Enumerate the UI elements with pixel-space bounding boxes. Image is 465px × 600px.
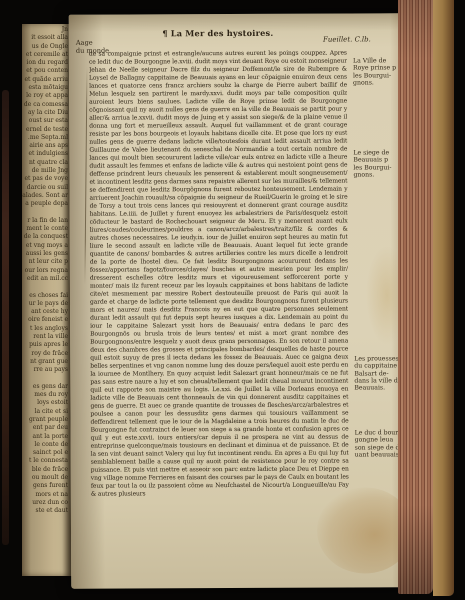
- fragment-line: es choses fai: [22, 292, 68, 300]
- fragment-line: de mille Jng: [22, 167, 68, 175]
- facing-page-fragments: Jnit essoit allaus de Ongleet ceremile a…: [22, 26, 68, 516]
- fragment-line: rent la ville: [22, 333, 68, 341]
- fragment-line: mors et na: [22, 491, 68, 499]
- fragment-line: oire feneist e: [22, 316, 68, 324]
- folio-number: Fueillet. C.lb.: [323, 35, 371, 43]
- gutter-crease: [84, 67, 87, 285]
- fragment-line: [22, 209, 68, 217]
- fragment-line: ment le conte: [22, 225, 68, 233]
- fragment-line: ur le pays de: [22, 300, 68, 308]
- fragment-line: ernel de teste: [22, 126, 68, 134]
- fragment-line: [22, 374, 68, 382]
- scanned-book-photo: { "header": { "running_note": "Aage\ndu …: [0, 0, 465, 600]
- fragment-line: esta mõtaigu: [22, 84, 68, 92]
- fragment-line: rre au pays: [22, 366, 68, 374]
- fragment-line: et vng moys a: [22, 242, 68, 250]
- facing-page-strip: Jnit essoit allaus de Ongleet ceremile a…: [22, 24, 72, 576]
- fragment-line: et pou conten: [22, 67, 68, 75]
- fragment-line: alades. Sont ar: [22, 192, 68, 200]
- fragment-line: ou moult de: [22, 474, 68, 482]
- fragment-line: aussi les gens: [22, 250, 68, 258]
- fragment-line: ble de frãce: [22, 466, 68, 474]
- fragment-line: et pas de voye: [22, 175, 68, 183]
- fragment-line: urez dun co: [22, 499, 68, 507]
- fragment-line: r la fin de lan: [22, 217, 68, 225]
- fragment-line: et indulgiens: [22, 150, 68, 158]
- fragment-line: our lors regna: [22, 267, 68, 275]
- body-text: de sa compaignie prinst et estrangle/auc…: [89, 50, 349, 531]
- fragment-line: airie ans aps: [22, 142, 68, 150]
- fragment-line: sainct pol e: [22, 449, 68, 457]
- fragment-line: gens furent: [22, 482, 68, 490]
- fragment-line: t le connesta: [22, 457, 68, 465]
- fragment-line: puis apres le: [22, 341, 68, 349]
- fragment-line: le conte de: [22, 441, 68, 449]
- fragment-line: oust sur esta: [22, 117, 68, 125]
- fragment-line: mes du roy: [22, 391, 68, 399]
- fragment-line: [22, 283, 68, 291]
- fragment-line: grant peuple: [22, 416, 68, 424]
- fragment-line: et quãde arriu: [22, 76, 68, 84]
- book-page: Aage du monde. ¶ La Mer des hystoires. F…: [69, 13, 410, 588]
- fragment-line: loys estoit: [22, 399, 68, 407]
- fragment-line: la cite et si: [22, 408, 68, 416]
- fragment-line: ant la porte: [22, 433, 68, 441]
- fragment-line: ent par deu: [22, 424, 68, 432]
- fragment-line: edit an mil.cc: [22, 275, 68, 283]
- fragment-line: a peuple depa: [22, 200, 68, 208]
- fragment-line: le roy et appa: [22, 92, 68, 100]
- fragment-line: es gens dar: [22, 383, 68, 391]
- fragment-line: roy de frãce: [22, 350, 68, 358]
- fragment-line: et ceremile at: [22, 51, 68, 59]
- fore-edge: [398, 0, 433, 594]
- fragment-line: ant ceste hy: [22, 308, 68, 316]
- fragment-line: de la conquest: [22, 233, 68, 241]
- fragment-line: ste et daut: [22, 507, 68, 515]
- fragment-line: me Septa.ml.: [22, 134, 68, 142]
- fragment-line: ion du regard: [22, 59, 68, 67]
- fragment-line: nt leur cite p: [22, 258, 68, 266]
- fragment-line: nt quatre cla: [22, 159, 68, 167]
- fragment-line: de ca comessa: [22, 101, 68, 109]
- fragment-line: it essoit alla: [22, 34, 68, 42]
- fragment-line: darcie ou suil: [22, 184, 68, 192]
- book-binding-edge: [2, 90, 9, 545]
- fragment-line: us de Ongle: [22, 43, 68, 51]
- marble-edge: [433, 0, 454, 596]
- fragment-line: t les angloys: [22, 325, 68, 333]
- fragment-line: ay la cite Diu: [22, 109, 68, 117]
- fragment-line: nt grant gue: [22, 358, 68, 366]
- fragment-line: Jn: [22, 26, 68, 34]
